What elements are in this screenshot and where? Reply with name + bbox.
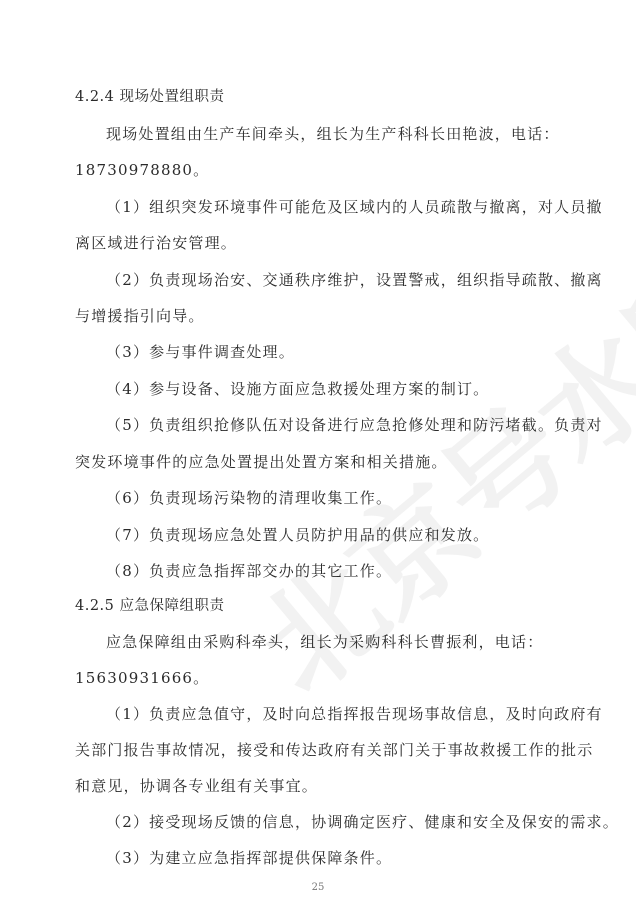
list-item-cont: 与增援指引向导。 (75, 306, 205, 326)
list-item-cont: 关部门报告事故情况，接受和传达政府有关部门关于事故救援工作的批示 (75, 740, 593, 760)
document-page: 北京号水印 4.2.4 现场处置组职责 现场处置组由生产车间牵头，组长为生产科科… (0, 0, 636, 900)
phone-number: 15630931666。 (75, 668, 209, 688)
list-item: （7）负责现场应急处置人员防护用品的供应和发放。 (106, 525, 489, 545)
section-heading-4-2-4: 4.2.4 现场处置组职责 (75, 87, 225, 107)
list-item: （3）为建立应急指挥部提供保障条件。 (106, 848, 392, 868)
list-item-cont: 突发环境事件的应急处置提出处置方案和相关措施。 (75, 452, 448, 472)
paragraph-text: 应急保障组由采购科牵头，组长为采购科科长曹振利，电话： (106, 632, 543, 652)
list-item: （5）负责组织抢修队伍对设备进行应急抢修处理和防污堵截。负责对 (106, 415, 603, 435)
page-number: 25 (0, 882, 636, 893)
list-item: （8）负责应急指挥部交办的其它工作。 (106, 561, 392, 581)
list-item: （1）组织突发环境事件可能危及区域内的人员疏散与撤离，对人员撤 (106, 197, 603, 217)
list-item-cont: 离区域进行治安管理。 (75, 233, 237, 253)
section-heading-4-2-5: 4.2.5 应急保障组职责 (75, 596, 225, 616)
list-item: （1）负责应急值守，及时向总指挥报告现场事故信息，及时向政府有 (106, 704, 603, 724)
list-item: （2）负责现场治安、交通秩序维护，设置警戒，组织指导疏散、撤离 (106, 270, 603, 290)
list-item: （6）负责现场污染物的清理收集工作。 (106, 488, 392, 508)
list-item: （2）接受现场反馈的信息，协调确定医疗、健康和安全及保安的需求。 (106, 812, 619, 832)
list-item: （3）参与事件调查处理。 (106, 342, 295, 362)
paragraph-text: 现场处置组由生产车间牵头，组长为生产科科长田艳波，电话： (106, 124, 560, 144)
list-item-cont: 和意见，协调各专业组有关事宜。 (75, 776, 318, 796)
phone-number: 18730978880。 (75, 160, 209, 180)
list-item: （4）参与设备、设施方面应急救援处理方案的制订。 (106, 379, 489, 399)
